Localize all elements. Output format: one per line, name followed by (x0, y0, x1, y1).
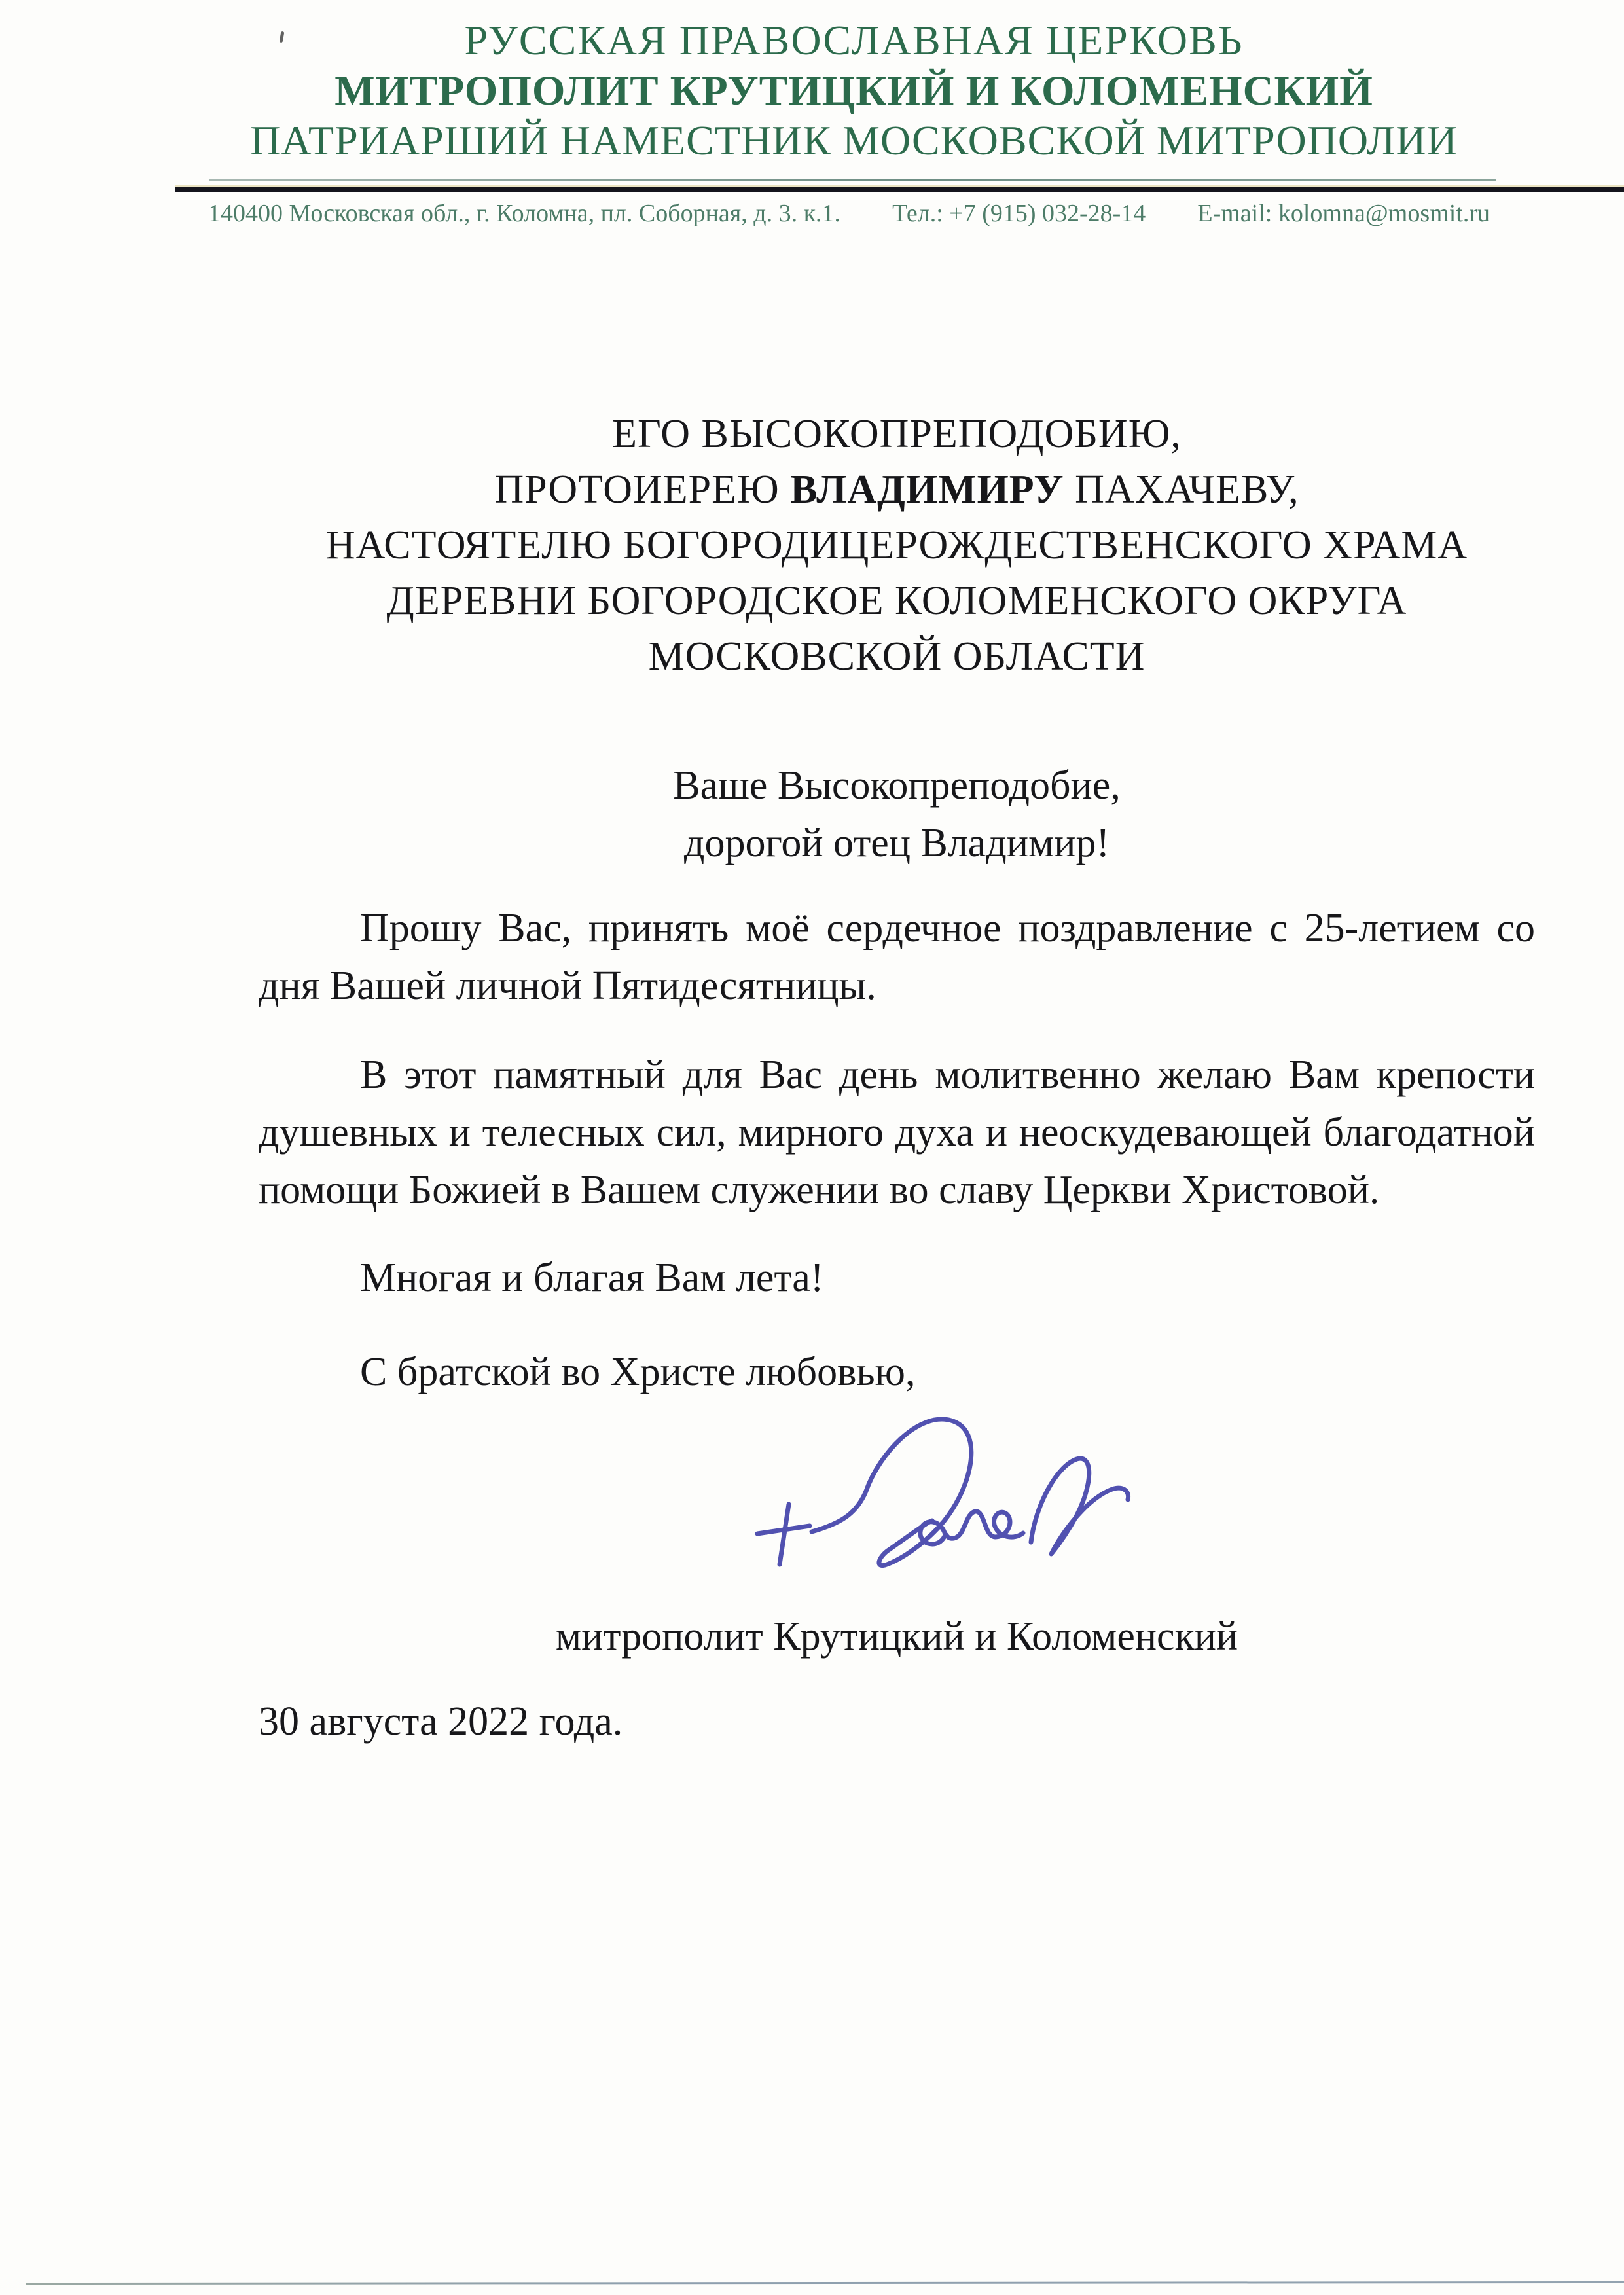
salutation-block: Ваше Высокопреподобие, дорогой отец Влад… (259, 757, 1535, 872)
body-paragraph-2: В этот памятный для Вас день молитвенно … (259, 1046, 1535, 1219)
contact-address: 140400 Московская обл., г. Коломна, пл. … (208, 198, 840, 228)
salutation-line-2: дорогой отец Владимир! (259, 814, 1535, 872)
addressee-name-bold: ВЛАДИМИРУ (790, 467, 1064, 512)
body-paragraph-3: Многая и благая Вам лета! (259, 1249, 1535, 1307)
letterhead: РУССКАЯ ПРАВОСЛАВНАЯ ЦЕРКОВЬ МИТРОПОЛИТ … (0, 0, 1624, 164)
body-paragraph-4: С братской во Христе любовью, (259, 1343, 1535, 1401)
divider-thick (175, 187, 1624, 192)
letterhead-org: РУССКАЯ ПРАВОСЛАВНАЯ ЦЕРКОВЬ (84, 17, 1624, 64)
addressee-line-3: НАСТОЯТЕЛЮ БОГОРОДИЦЕРОЖДЕСТВЕНСКОГО ХРА… (259, 518, 1535, 573)
addressee-line-5: МОСКОВСКОЙ ОБЛАСТИ (259, 629, 1535, 685)
scan-edge-line (26, 2281, 1624, 2285)
addressee-line-2-suffix: ПАХАЧЕВУ, (1064, 467, 1299, 512)
contact-phone: Тел.: +7 (915) 032-28-14 (892, 198, 1146, 228)
contact-email: E-mail: kolomna@mosmit.ru (1197, 198, 1490, 228)
letter-date: 30 августа 2022 года. (259, 1693, 1535, 1750)
signature-area (0, 1393, 1624, 1589)
addressee-line-2: ПРОТОИЕРЕЮ ВЛАДИМИРУ ПАХАЧЕВУ, (259, 462, 1535, 518)
letter-page: РУССКАЯ ПРАВОСЛАВНАЯ ЦЕРКОВЬ МИТРОПОЛИТ … (0, 0, 1624, 2295)
divider-thin (209, 179, 1496, 181)
handwritten-signature-icon (728, 1393, 1160, 1589)
addressee-block: ЕГО ВЫСОКОПРЕПОДОБИЮ, ПРОТОИЕРЕЮ ВЛАДИМИ… (259, 407, 1535, 685)
contact-row: 140400 Московская обл., г. Коломна, пл. … (208, 198, 1490, 228)
signoff-title: митрополит Крутицкий и Коломенский (259, 1608, 1535, 1665)
salutation-line-1: Ваше Высокопреподобие, (259, 757, 1535, 814)
addressee-line-4: ДЕРЕВНИ БОГОРОДСКОЕ КОЛОМЕНСКОГО ОКРУГА (259, 573, 1535, 629)
letterhead-subtitle: ПАТРИАРШИЙ НАМЕСТНИК МОСКОВСКОЙ МИТРОПОЛ… (84, 117, 1624, 164)
addressee-line-1: ЕГО ВЫСОКОПРЕПОДОБИЮ, (259, 407, 1535, 462)
letterhead-title: МИТРОПОЛИТ КРУТИЦКИЙ И КОЛОМЕНСКИЙ (84, 67, 1624, 115)
body-paragraph-1: Прошу Вас, принять моё сердечное поздрав… (259, 899, 1535, 1015)
addressee-line-2-prefix: ПРОТОИЕРЕЮ (494, 467, 790, 512)
